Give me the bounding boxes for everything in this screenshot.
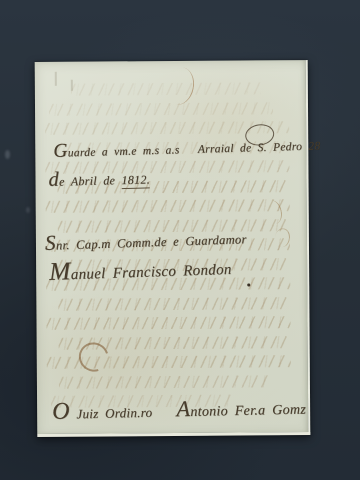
- paper-fiber-mark: [71, 80, 73, 91]
- salutation-line-2-text: de Abril de: [48, 173, 121, 189]
- ink-blot-c-mark: [74, 337, 114, 377]
- margin-curl-mark: [262, 199, 284, 226]
- margin-curl-mark: [274, 227, 291, 248]
- bleedthrough-line: [71, 82, 261, 95]
- addressee-title-line: Snr. Cap.m Comm.de e Guardamor: [45, 226, 247, 254]
- salutation-line-2: de Abril de 1812.: [48, 167, 150, 190]
- background-speck: [5, 150, 10, 159]
- paper-fiber-mark: [55, 72, 57, 86]
- bleedthrough-line: [59, 336, 287, 350]
- ink-dot: [247, 283, 250, 286]
- bleedthrough-line: [47, 355, 291, 369]
- stray-pen-stroke: [161, 64, 197, 107]
- bleedthrough-line: [45, 121, 289, 135]
- addressee-name-line: Manuel Francisco Rondon: [49, 253, 232, 285]
- year-underlined: 1812.: [121, 172, 150, 189]
- signature-line: O Juiz Ordin.ro Antonio Fer.a Gomz: [52, 395, 306, 424]
- signer-title: O Juiz Ordin.ro: [52, 398, 153, 424]
- bleedthrough-line: [46, 199, 290, 213]
- salutation-line-1: Guarde a vm.e m.s a.s Arraial de S. Pedr…: [53, 134, 321, 161]
- bleedthrough-line: [46, 316, 290, 330]
- manuscript-page: Guarde a vm.e m.s a.s Arraial de S. Pedr…: [35, 60, 311, 437]
- photo-background: Guarde a vm.e m.s a.s Arraial de S. Pedr…: [0, 0, 360, 480]
- bleedthrough-line: [49, 102, 273, 116]
- signer-name: Antonio Fer.a Gomz: [176, 396, 306, 421]
- background-speck: [26, 207, 30, 213]
- bleedthrough-line: [58, 297, 286, 311]
- bleedthrough-line: [59, 375, 269, 388]
